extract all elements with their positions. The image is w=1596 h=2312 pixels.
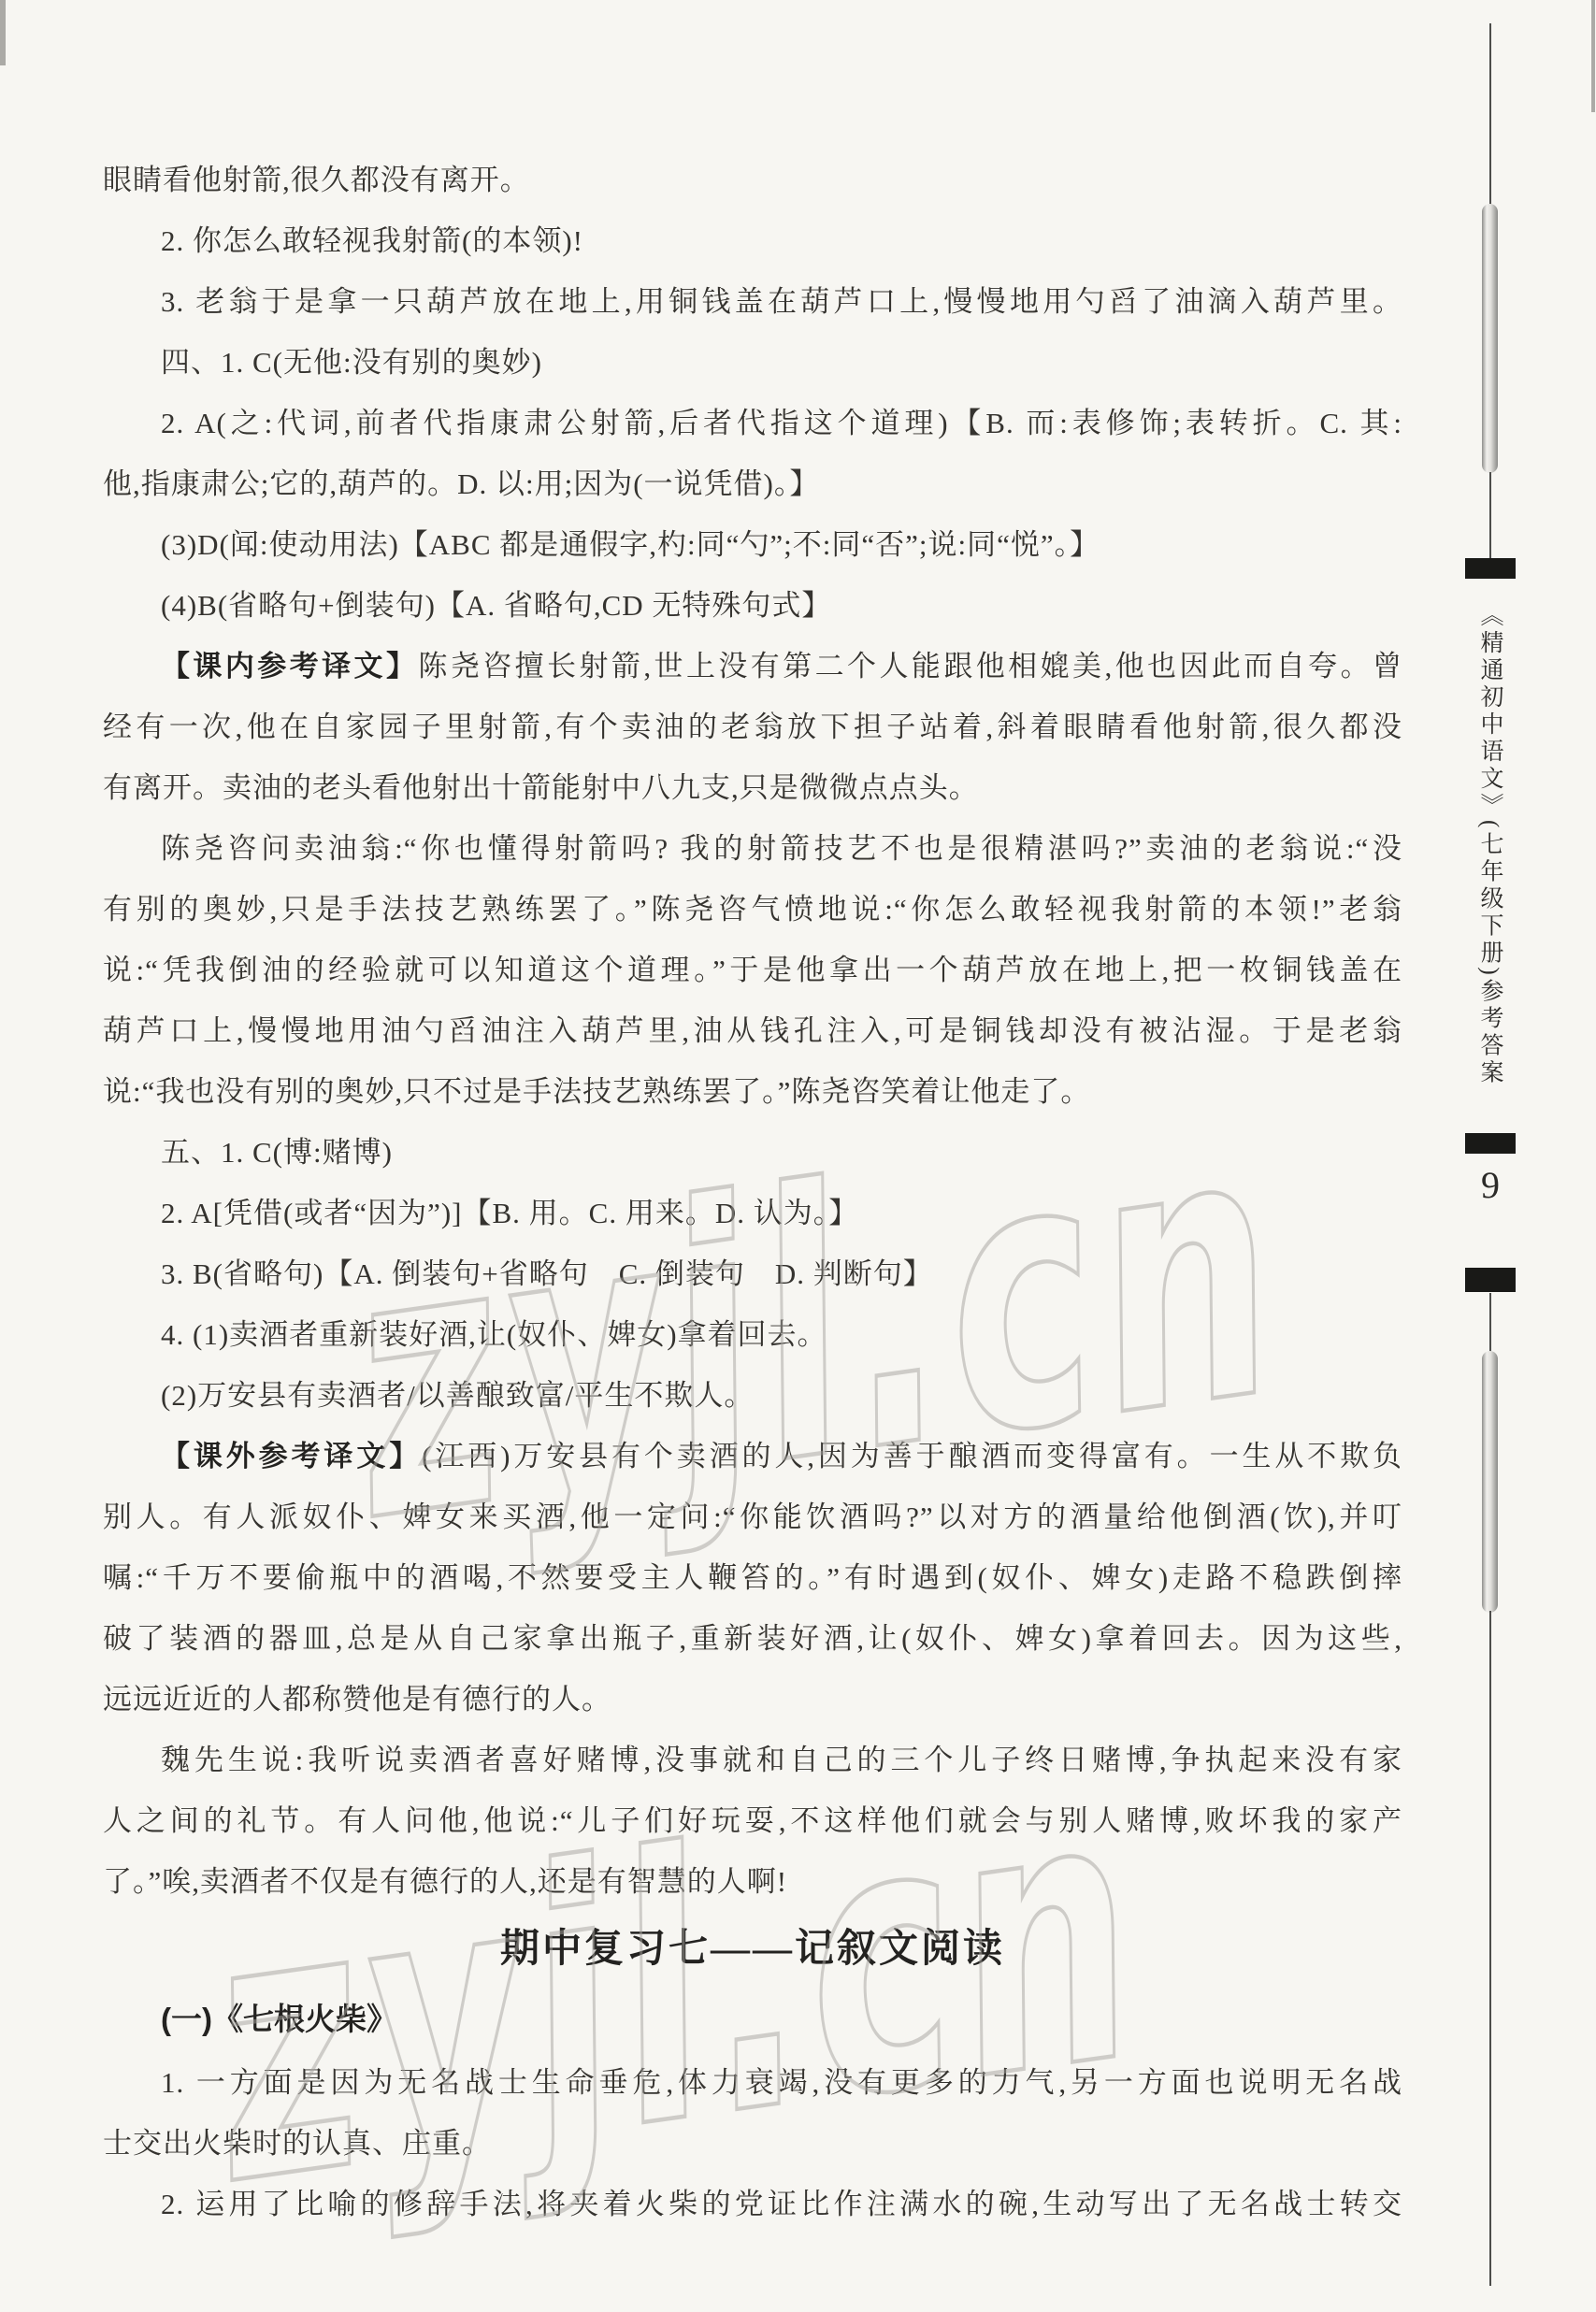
spine-line-mid [1489,472,1491,560]
answer-line: 2. 运用了比喻的修辞手法,将夹着火柴的党证比作注满水的碗,生动写出了无名战士转… [103,2174,1402,2234]
page-number: 9 [1468,1163,1513,1207]
answer-page: 眼睛看他射箭,很久都没有离开。2. 你怎么敢轻视我射箭(的本领)!3. 老翁于是… [0,0,1596,2312]
passage-title: (一)《七根火柴》 [103,1987,1402,2052]
answer-line: 他,指康肃公;它的,葫芦的。D. 以:用;因为(一说凭借)。】 [103,453,1402,514]
answer-line: 远远近近的人都称赞他是有德行的人。 [103,1669,1402,1730]
scanned-answer-page: { "page": { "number": "9", "sidebar_titl… [0,0,1596,2312]
answer-line: 魏先生说:我听说卖酒者喜好赌博,没事就和自己的三个儿子终日赌博,争执起来没有家 [103,1730,1402,1790]
answer-line: 2. 你怎么敢轻视我射箭(的本领)! [103,210,1402,271]
answer-line: 了。”唉,卖酒者不仅是有德行的人,还是有智慧的人啊! [103,1851,1402,1912]
answer-line: 3. 老翁于是拿一只葫芦放在地上,用铜钱盖在葫芦口上,慢慢地用勺舀了油滴入葫芦里… [103,271,1402,332]
section-heading: 期中复习七——记叙文阅读 [103,1912,1402,1987]
page-body: 眼睛看他射箭,很久都没有离开。2. 你怎么敢轻视我射箭(的本领)!3. 老翁于是… [103,150,1402,2234]
line-text: (江西)万安县有个卖酒的人,因为善于酿酒而变得富有。一生从不欺负 [422,1440,1402,1472]
answer-line: (2)万安县有卖酒者/以善酿致富/平生不欺人。 [103,1365,1402,1426]
answer-line: 说:“凭我倒油的经验就可以知道这个道理。”于是他拿出一个葫芦放在地上,把一枚铜钱… [103,940,1402,1000]
spine-black-bar-top [1465,558,1516,579]
spine-black-bar-above-pagenum [1465,1133,1516,1154]
answer-line: 2. A(之:代词,前者代指康肃公射箭,后者代指这个道理)【B. 而:表修饰;表… [103,393,1402,453]
sidebar-book-title: 《精通初中语文》(七年级下册)参考答案 [1474,603,1506,1108]
answer-line: (4)B(省略句+倒装句)【A. 省略句,CD 无特殊句式】 [103,575,1402,636]
answer-line: 四、1. C(无他:没有别的奥妙) [103,332,1402,393]
answer-line: 1. 一方面是因为无名战士生命垂危,体力衰竭,没有更多的力气,另一方面也说明无名… [103,2052,1402,2113]
scan-edge-artifact-left [0,0,6,65]
spine-line-lower [1489,1293,1491,1353]
answer-line: 葫芦口上,慢慢地用油勺舀油注入葫芦里,油从钱孔注入,可是铜钱却没有被沾湿。于是老… [103,1000,1402,1061]
answer-line: 人之间的礼节。有人问他,他说:“儿子们好玩耍,不这样他们就会与别人赌博,败坏我的… [103,1790,1402,1851]
answer-line: 经有一次,他在自家园子里射箭,有个卖油的老翁放下担子站着,斜着眼睛看他射箭,很久… [103,696,1402,757]
spine-cylinder-top [1482,204,1498,473]
spine-cylinder-bottom [1482,1351,1498,1613]
bold-label: 【课内参考译文】 [161,650,418,682]
answer-line: 3. B(省略句)【A. 倒装句+省略句 C. 倒装句 D. 判断句】 [103,1243,1402,1304]
answer-line: 嘱:“千万不要偷瓶中的酒喝,不然要受主人鞭笞的。”有时遇到(奴仆、婢女)走路不稳… [103,1547,1402,1608]
answer-line: 4. (1)卖酒者重新装好酒,让(奴仆、婢女)拿着回去。 [103,1304,1402,1365]
answer-line: (3)D(闻:使动用法)【ABC 都是通假字,杓:同“勺”;不:同“否”;说:同… [103,514,1402,575]
answer-line: 说:“我也没有别的奥妙,只不过是手法技艺熟练罢了。”陈尧咨笑着让他走了。 [103,1061,1402,1122]
answer-line: 别人。有人派奴仆、婢女来买酒,他一定问:“你能饮酒吗?”以对方的酒量给他倒酒(饮… [103,1486,1402,1547]
spine-line-top [1489,23,1491,206]
answer-line: 2. A[凭借(或者“因为”)]【B. 用。C. 用来。D. 认为。】 [103,1183,1402,1243]
line-text: 陈尧咨擅长射箭,世上没有第二个人能跟他相媲美,他也因此而自夸。曾 [418,650,1402,682]
answer-line: 五、1. C(博:赌博) [103,1122,1402,1183]
answer-line: 士交出火柴时的认真、庄重。 [103,2113,1402,2174]
spine-black-bar-below-pagenum [1465,1268,1516,1292]
answer-line: 眼睛看他射箭,很久都没有离开。 [103,150,1402,210]
bold-label: 【课外参考译文】 [161,1440,422,1472]
spine-line-bottom [1489,1611,1491,2286]
answer-line: 【课内参考译文】陈尧咨擅长射箭,世上没有第二个人能跟他相媲美,他也因此而自夸。曾 [103,636,1402,696]
answer-line: 【课外参考译文】(江西)万安县有个卖酒的人,因为善于酿酒而变得富有。一生从不欺负 [103,1426,1402,1486]
answer-line: 破了装酒的器皿,总是从自己家拿出瓶子,重新装好酒,让(奴仆、婢女)拿着回去。因为… [103,1608,1402,1669]
answer-line: 陈尧咨问卖油翁:“你也懂得射箭吗? 我的射箭技艺不也是很精湛吗?”卖油的老翁说:… [103,818,1402,879]
scan-edge-artifact-right [1591,0,1595,112]
answer-line: 有别的奥妙,只是手法技艺熟练罢了。”陈尧咨气愤地说:“你怎么敢轻视我射箭的本领!… [103,879,1402,940]
answer-line: 有离开。卖油的老头看他射出十箭能射中八九支,只是微微点点头。 [103,757,1402,818]
